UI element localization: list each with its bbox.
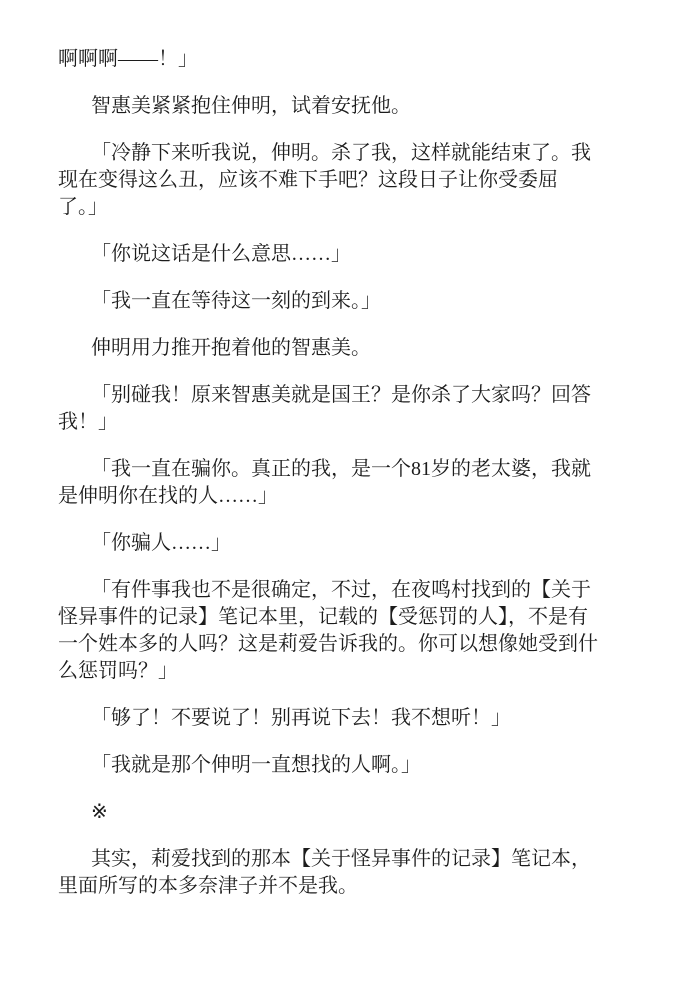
text-line: 是伸明你在找的人……」 xyxy=(58,483,642,510)
scene-break-symbol: ※ xyxy=(58,799,642,826)
paragraph: 「我一直在骗你。真正的我，是一个81岁的老太婆，我就是伸明你在找的人……」 xyxy=(58,456,642,510)
paragraph: 「别碰我！原来智惠美就是国王？是你杀了大家吗？回答我！」 xyxy=(58,382,642,436)
text-line: 么惩罚吗？」 xyxy=(58,658,642,685)
text-line: 「别碰我！原来智惠美就是国王？是你杀了大家吗？回答 xyxy=(58,382,642,409)
text-line: 一个姓本多的人吗？这是莉爱告诉我的。你可以想像她受到什 xyxy=(58,631,642,658)
text-line: 「你骗人……」 xyxy=(58,530,642,557)
paragraph: 「冷静下来听我说，伸明。杀了我，这样就能结束了。我现在变得这么丑，应该不难下手吧… xyxy=(58,140,642,221)
text-line: 伸明用力推开抱着他的智惠美。 xyxy=(58,335,642,362)
paragraph: 「我一直在等待这一刻的到来。」 xyxy=(58,288,642,315)
text-line: 怪异事件的记录】笔记本里，记载的【受惩罚的人】，不是有 xyxy=(58,604,642,631)
scene-break-paragraph: ※ xyxy=(58,799,642,826)
text-line: 「我一直在骗你。真正的我，是一个81岁的老太婆，我就 xyxy=(58,456,642,483)
text-line: 「冷静下来听我说，伸明。杀了我，这样就能结束了。我 xyxy=(58,140,642,167)
paragraph: 伸明用力推开抱着他的智惠美。 xyxy=(58,335,642,362)
paragraph: 啊啊啊——！」 xyxy=(58,46,642,73)
text-line: 「我就是那个伸明一直想找的人啊。」 xyxy=(58,752,642,779)
text-line: 其实，莉爱找到的那本【关于怪异事件的记录】笔记本， xyxy=(58,846,642,873)
text-line: 了。」 xyxy=(58,194,642,221)
text-content: 啊啊啊——！」智惠美紧紧抱住伸明，试着安抚他。「冷静下来听我说，伸明。杀了我，这… xyxy=(58,46,642,900)
text-line: 「你说这话是什么意思……」 xyxy=(58,241,642,268)
text-line: 现在变得这么丑，应该不难下手吧？这段日子让你受委屈 xyxy=(58,167,642,194)
paragraph: 「你说这话是什么意思……」 xyxy=(58,241,642,268)
paragraph: 智惠美紧紧抱住伸明，试着安抚他。 xyxy=(58,93,642,120)
text-line: 「有件事我也不是很确定，不过，在夜鸣村找到的【关于 xyxy=(58,577,642,604)
paragraph: 「够了！不要说了！别再说下去！我不想听！」 xyxy=(58,705,642,732)
text-line: 我！」 xyxy=(58,409,642,436)
paragraph: 其实，莉爱找到的那本【关于怪异事件的记录】笔记本，里面所写的本多奈津子并不是我。 xyxy=(58,846,642,900)
text-line: 啊啊啊——！」 xyxy=(58,46,642,73)
text-line: 智惠美紧紧抱住伸明，试着安抚他。 xyxy=(58,93,642,120)
text-line: 「我一直在等待这一刻的到来。」 xyxy=(58,288,642,315)
paragraph: 「我就是那个伸明一直想找的人啊。」 xyxy=(58,752,642,779)
paragraph: 「你骗人……」 xyxy=(58,530,642,557)
paragraph: 「有件事我也不是很确定，不过，在夜鸣村找到的【关于怪异事件的记录】笔记本里，记载… xyxy=(58,577,642,685)
document-page: 啊啊啊——！」智惠美紧紧抱住伸明，试着安抚他。「冷静下来听我说，伸明。杀了我，这… xyxy=(0,0,700,992)
text-line: 「够了！不要说了！别再说下去！我不想听！」 xyxy=(58,705,642,732)
text-line: 里面所写的本多奈津子并不是我。 xyxy=(58,873,642,900)
